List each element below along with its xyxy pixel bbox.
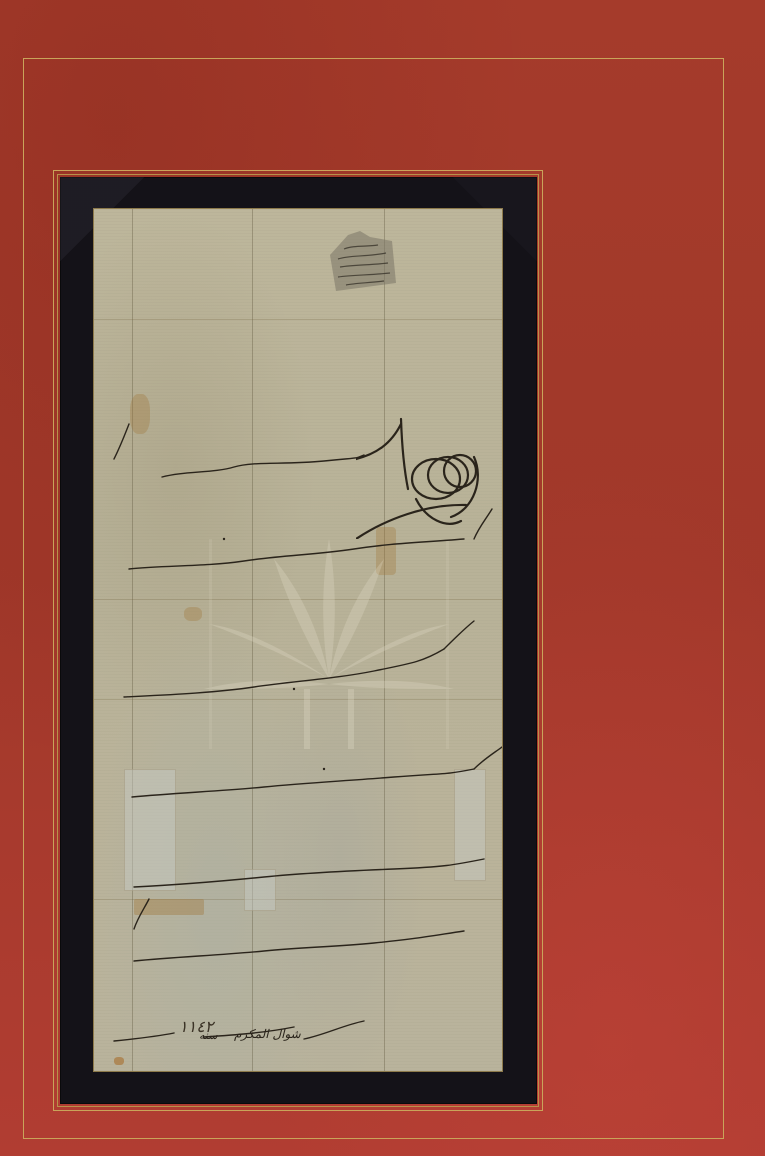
script-text-body xyxy=(94,209,503,1072)
date-month: شوال المکرم xyxy=(234,1027,301,1041)
document-paper: ١١٤٢ شوال المکرم سنه ... الکه ... ... در… xyxy=(93,208,503,1072)
date-year-label: سنه xyxy=(199,1029,217,1042)
